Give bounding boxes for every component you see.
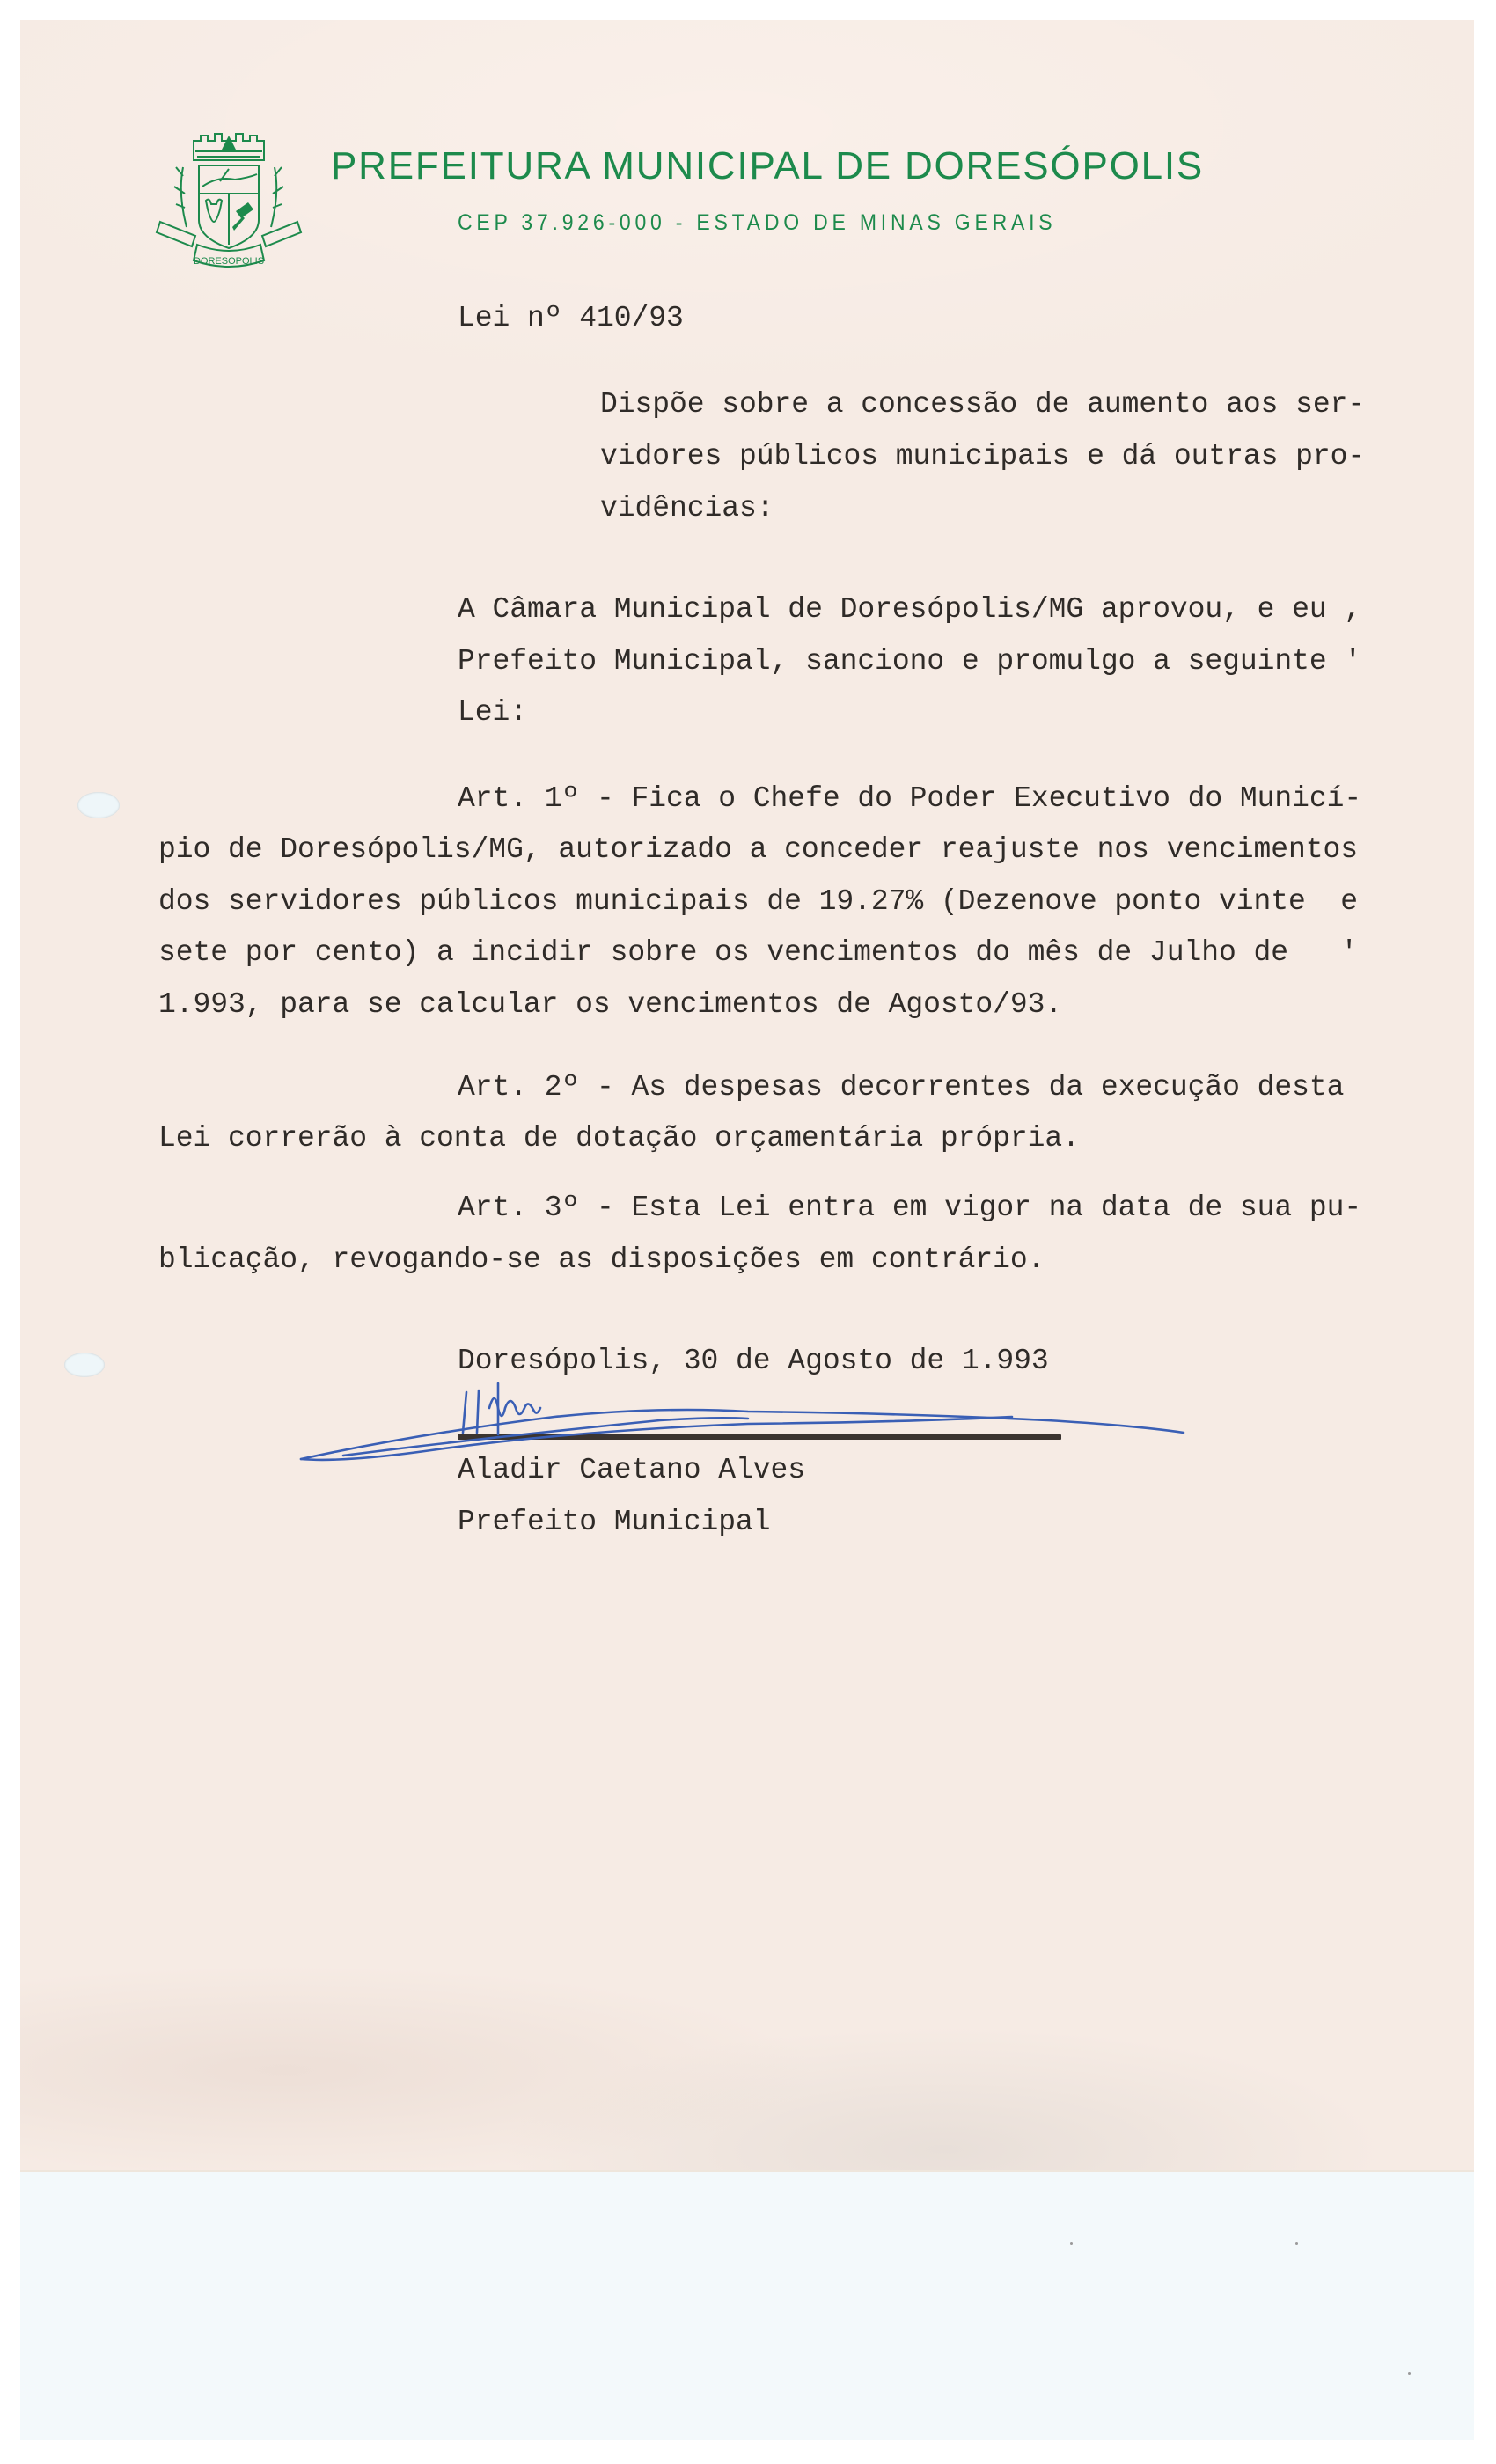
punch-hole-top [77,792,120,818]
signatory-title: Prefeito Municipal [458,1505,771,1540]
scan-speck [1408,2372,1411,2375]
preamble-line-2: Prefeito Municipal, sanciono e promulgo … [458,644,1361,679]
coat-of-arms-icon: DORESOPOLIS [151,123,306,268]
article-3-line-2: blicação, revogando-se as disposições em… [158,1243,1045,1278]
article-1-line-3: dos servidores públicos municipais de 19… [158,884,1358,920]
scan-speck [1070,2242,1073,2245]
punch-hole-bottom [64,1353,105,1377]
summary-line-3: vidências: [600,491,774,526]
article-2-line-2: Lei correrão à conta de dotação orçament… [158,1121,1080,1156]
preamble-line-3: Lei: [458,695,527,730]
article-1-line-1: Art. 1º - Fica o Chefe do Poder Executiv… [458,781,1361,817]
signatory-name: Aladir Caetano Alves [458,1453,805,1488]
scanner-backing [20,2147,1474,2440]
scan-speck [1295,2242,1298,2245]
law-number: Lei nº 410/93 [458,301,684,336]
place-and-date: Doresópolis, 30 de Agosto de 1.993 [458,1344,1049,1379]
svg-text:DORESOPOLIS: DORESOPOLIS [194,256,264,267]
article-1-line-4: sete por cento) a incidir sobre os venci… [158,935,1358,971]
article-1-line-2: pio de Doresópolis/MG, autorizado a conc… [158,832,1358,868]
article-1-line-5: 1.993, para se calcular os vencimentos d… [158,987,1062,1023]
letterhead-title: PREFEITURA MUNICIPAL DE DORESÓPOLIS [331,144,1334,188]
article-2-line-1: Art. 2º - As despesas decorrentes da exe… [458,1070,1344,1105]
summary-line-2: vidores públicos municipais e dá outras … [600,439,1365,474]
preamble-line-1: A Câmara Municipal de Doresópolis/MG apr… [458,592,1361,627]
summary-line-1: Dispõe sobre a concessão de aumento aos … [600,387,1365,422]
article-3-line-1: Art. 3º - Esta Lei entra em vigor na dat… [458,1191,1361,1226]
letterhead-subtitle: CEP 37.926-000 - ESTADO DE MINAS GERAIS [458,209,1056,236]
